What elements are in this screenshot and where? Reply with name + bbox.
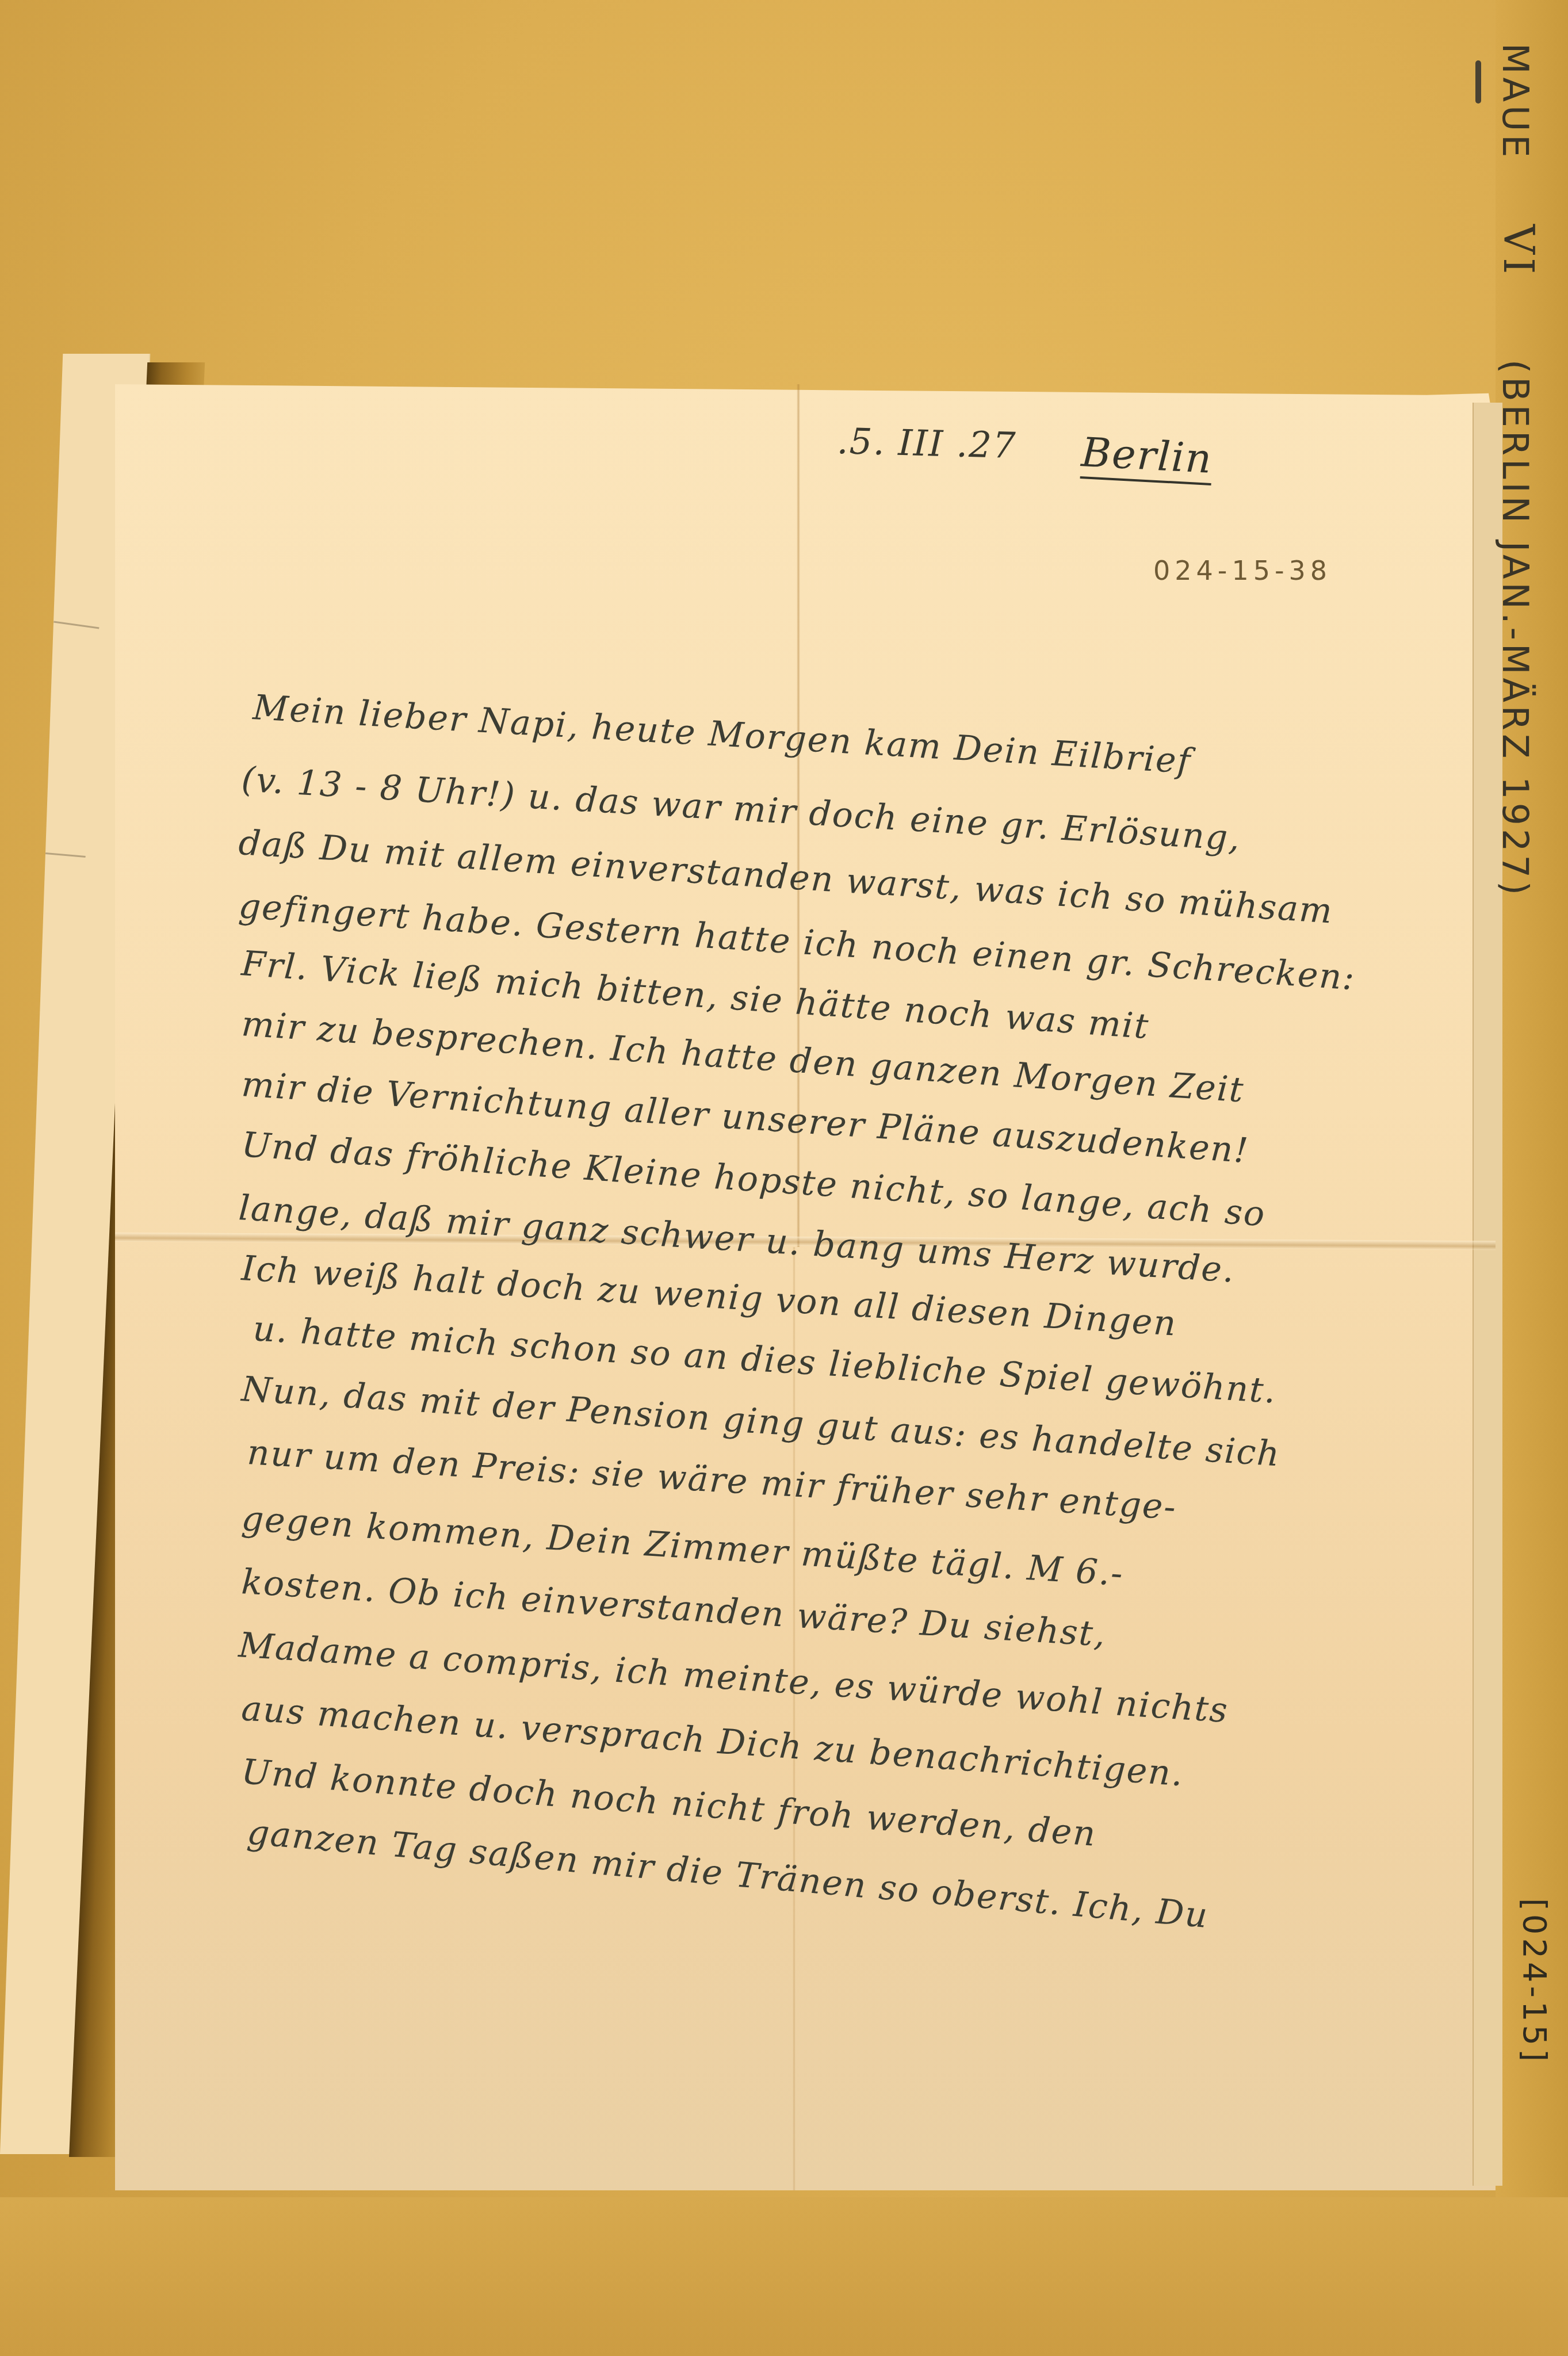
vertical-fold-crease-lower [793, 1247, 796, 2190]
folder-label-underline [1475, 60, 1481, 104]
letter-date: .5. III .27 [836, 420, 1017, 466]
letter-place: Berlin [1080, 429, 1214, 483]
left-page-scribble [53, 621, 99, 629]
folder-label-series: MAUE [1494, 43, 1536, 160]
left-page-scribble [45, 852, 86, 858]
folder-bottom-edge [0, 2197, 1568, 2356]
folder-label-range: (BERLIN JAN.-MÄRZ 1927) [1494, 359, 1536, 898]
folder-label-volume: VI [1494, 224, 1543, 277]
archive-number: 024-15-38 [1153, 555, 1332, 586]
folder-label-id: [024-15] [1516, 1898, 1553, 2065]
